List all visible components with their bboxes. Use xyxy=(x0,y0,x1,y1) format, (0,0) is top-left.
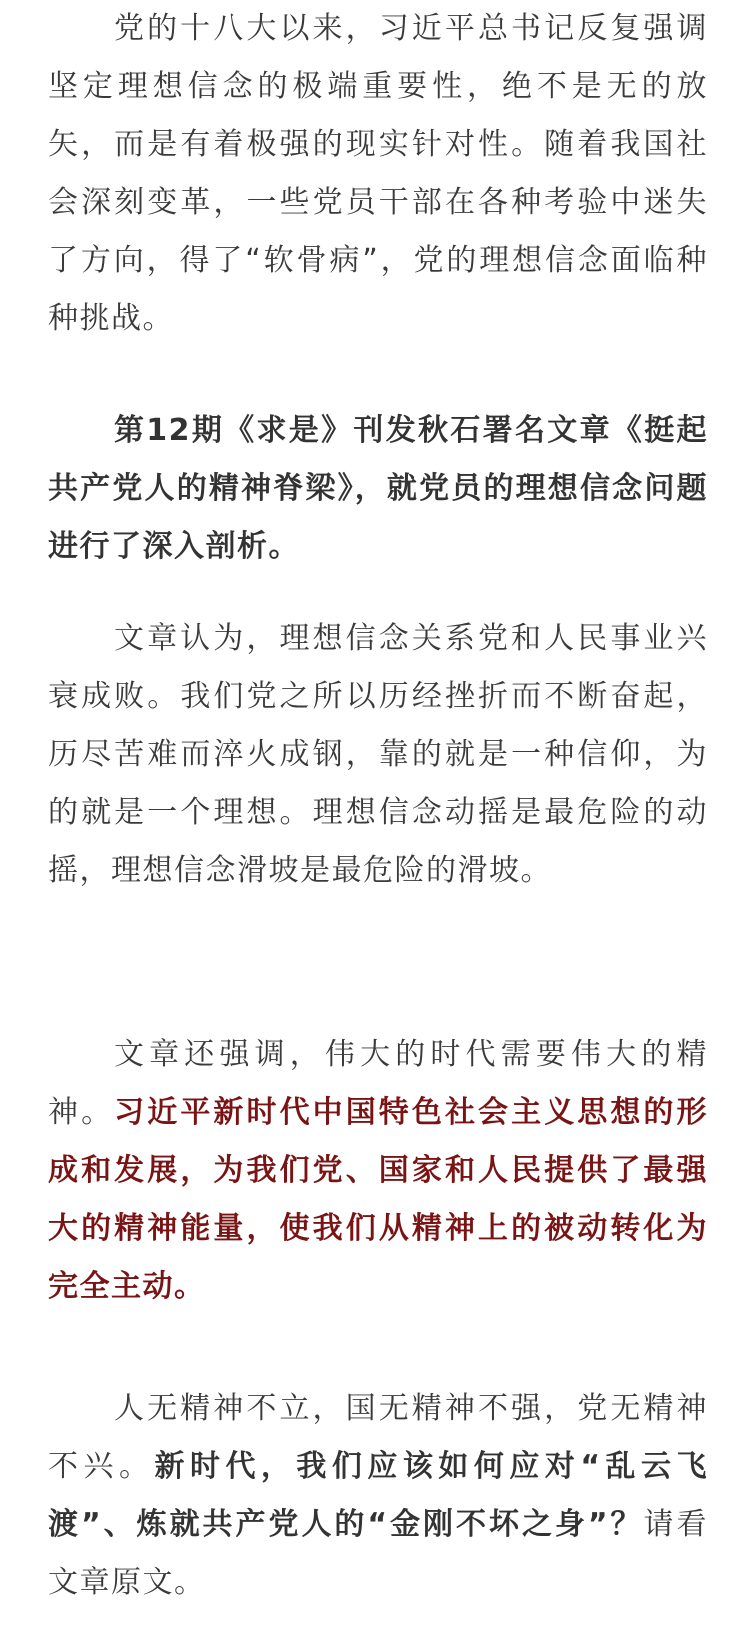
paragraph-conclusion: 人无精神不立，国无精神不强，党无精神不兴。新时代，我们应该如何应对“乱云飞渡”、… xyxy=(48,1380,708,1612)
paragraph-intro: 党的十八大以来，习近平总书记反复强调坚定理想信念的极端重要性，绝不是无的放矢，而… xyxy=(48,0,708,348)
paragraph-ideals-importance: 文章认为，理想信念关系党和人民事业兴衰成败。我们党之所以历经挫折而不断奋起，历尽… xyxy=(48,610,708,900)
paragraph-great-spirit-highlight: 习近平新时代中国特色社会主义思想的形成和发展，为我们党、国家和人民提供了最强大的… xyxy=(48,1095,708,1304)
paragraph-qiushi-announcement: 第12期《求是》刊发秋石署名文章《挺起共产党人的精神脊梁》，就党员的理想信念问题… xyxy=(48,402,708,576)
paragraph-great-spirit: 文章还强调，伟大的时代需要伟大的精神。习近平新时代中国特色社会主义思想的形成和发… xyxy=(48,1026,708,1316)
